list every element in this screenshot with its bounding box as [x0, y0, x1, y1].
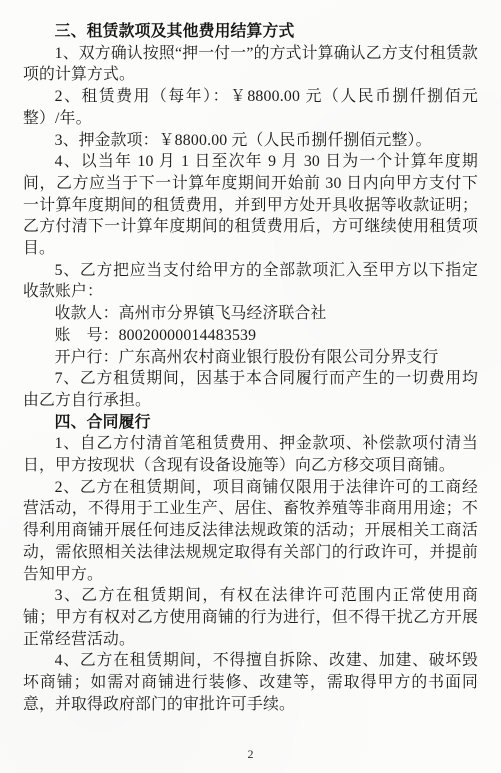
page-number: 2	[0, 747, 501, 762]
paragraph: 5、乙方把应当支付给甲方的全部款项汇入至甲方以下指定收款账户：	[23, 260, 478, 303]
document-body: 三、租赁款项及其他费用结算方式1、双方确认按照“押一付一”的方式计算确认乙方支付…	[23, 21, 478, 716]
document-page: 三、租赁款项及其他费用结算方式1、双方确认按照“押一付一”的方式计算确认乙方支付…	[0, 0, 501, 773]
paragraph: 开户行：广东高州农村商业银行股份有限公司分界支行	[23, 347, 478, 369]
paragraph: 7、乙方租赁期间，因基于本合同履行而产生的一切费用均由乙方自行承担。	[23, 368, 478, 411]
paragraph: 2、租赁费用（每年）：￥8800.00 元（人民币捌仟捌佰元整）/年。	[23, 86, 478, 129]
paragraph: 1、自乙方付清首笔租赁费用、押金款项、补偿款项付清当日，甲方按现状（含现有设备设…	[23, 433, 478, 476]
section-heading: 三、租赁款项及其他费用结算方式	[23, 21, 478, 43]
paragraph: 收款人：高州市分界镇飞马经济联合社	[23, 303, 478, 325]
paragraph: 2、乙方在租赁期间，项目商铺仅限用于法律许可的工商经营活动，不得用于工业生产、居…	[23, 477, 478, 586]
paragraph: 3、押金款项：￥8800.00 元（人民币捌仟捌佰元整）。	[23, 130, 478, 152]
section-heading: 四、合同履行	[23, 412, 478, 434]
paragraph: 4、乙方在租赁期间，不得擅自拆除、改建、加建、破坏毁坏商铺；如需对商铺进行装修、…	[23, 650, 478, 715]
paragraph: 4、以当年 10 月 1 日至次年 9 月 30 日为一个计算年度期间，乙方应当…	[23, 151, 478, 260]
paragraph: 账 号：80020000014483539	[23, 325, 478, 347]
paragraph: 1、双方确认按照“押一付一”的方式计算确认乙方支付租赁款项的计算方式。	[23, 43, 478, 86]
paragraph: 3、乙方在租赁期间，有权在法律许可范围内正常使用商铺；甲方有权对乙方使用商铺的行…	[23, 585, 478, 650]
